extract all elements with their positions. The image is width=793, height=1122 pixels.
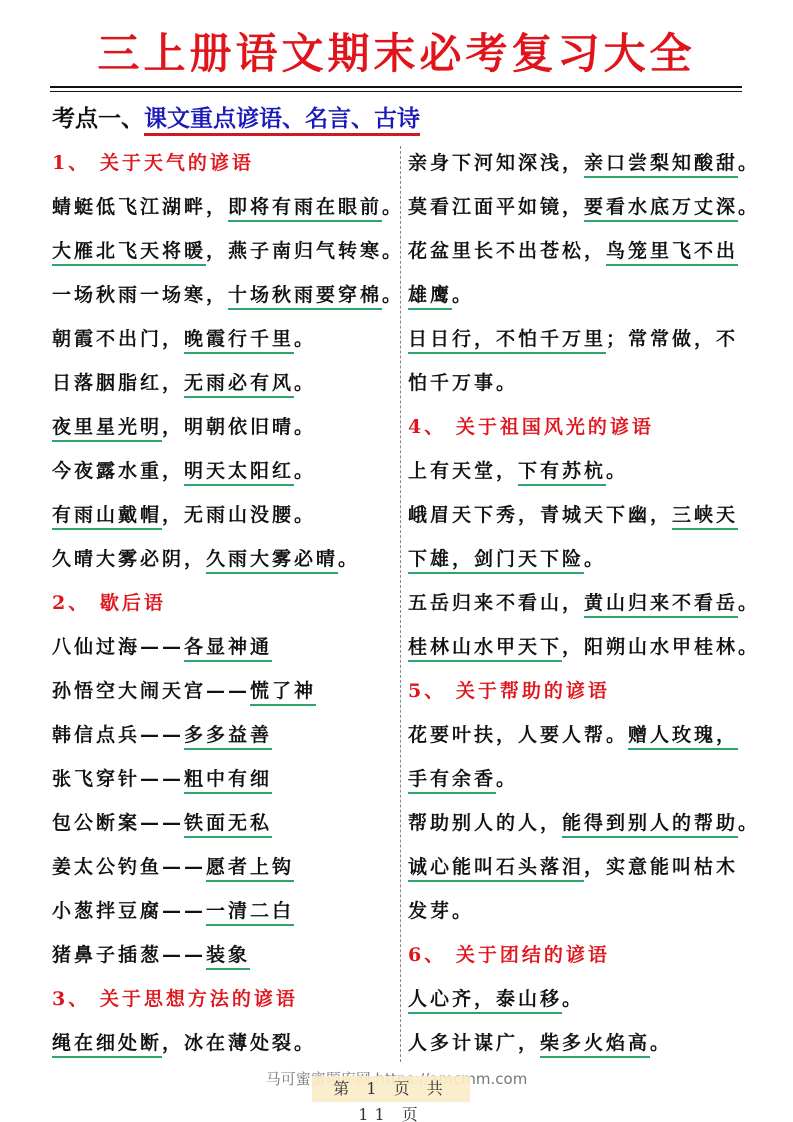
right-column: 亲身下河知深浅，亲口尝梨知酸甜。莫看江面平如镜，要看水底万丈深。花盆里长不出苍松… [408,146,753,1070]
proverb-line: 绳在细处断，冰在薄处裂。 [52,1026,397,1070]
title-divider-thin [50,91,742,92]
text-segment: ；常常做，不 [606,328,738,350]
underlined-text: 装象 [206,944,250,970]
underlined-text: 粗中有细 [184,768,272,794]
text-segment: 一场秋雨一场寒， [52,284,228,306]
proverb-line: 五岳归来不看山，黄山归来不看岳。 [408,586,753,630]
text-segment: 发芽。 [408,900,474,922]
text-segment: ，明朝依旧晴。 [162,416,316,438]
underlined-text: 夜里星光明 [52,416,162,442]
proverb-line: 峨眉天下秀，青城天下幽，三峡天 [408,498,753,542]
underlined-text: 要看水底万丈深 [584,196,738,222]
text-segment: 五岳归来不看山， [408,592,584,614]
proverb-line: 日落胭脂红，无雨必有风。 [52,366,397,410]
text-segment: 上有天堂， [408,460,518,482]
text-segment: 峨眉天下秀，青城天下幽， [408,504,672,526]
title-divider-thick [50,86,742,88]
text-segment: 。 [496,768,518,790]
proverb-line: 小葱拌豆腐——一清二白 [52,894,397,938]
proverb-line: 怕千万事。 [408,366,753,410]
text-segment: 怕千万事。 [408,372,518,394]
underlined-text: 慌了神 [250,680,316,706]
subsection-heading: 3、 关于思想方法的谚语 [52,982,397,1026]
underlined-text: 有雨山戴帽 [52,504,162,530]
text-segment: 日落胭脂红， [52,372,184,394]
proverb-line: 手有余香。 [408,762,753,806]
underlined-text: 即将有雨在眼前 [228,196,382,222]
proverb-line: 桂林山水甲天下，阳朔山水甲桂林。 [408,630,753,674]
text-segment: 姜太公钓鱼—— [52,856,206,878]
proverb-line: 雄鹰。 [408,278,753,322]
text-segment: 包公断案—— [52,812,184,834]
underlined-text: 日日行，不怕千万里 [408,328,606,354]
underlined-text: 十场秋雨要穿棉 [228,284,382,310]
underlined-text: 晚霞行千里 [184,328,294,354]
proverb-line: 一场秋雨一场寒，十场秋雨要穿棉。 [52,278,397,322]
underlined-text: 明天太阳红 [184,460,294,486]
text-segment: 。 [294,460,316,482]
proverb-line: 诚心能叫石头落泪，实意能叫枯木 [408,850,753,894]
section-label: 考点一、 [52,105,144,132]
text-segment: 3、 关于思想方法的谚语 [52,988,298,1010]
text-segment: ，阳朔山水甲桂林。 [562,636,760,658]
text-segment: 蜻蜓低飞江湖畔， [52,196,228,218]
subsection-heading: 5、 关于帮助的谚语 [408,674,753,718]
text-segment: 5、 关于帮助的谚语 [408,680,610,702]
text-segment: 小葱拌豆腐—— [52,900,206,922]
text-segment: 孙悟空大闹天宫—— [52,680,250,702]
section-topic: 课文重点谚语、名言、古诗 [144,105,420,136]
underlined-text: 桂林山水甲天下 [408,636,562,662]
text-segment: 朝霞不出门， [52,328,184,350]
text-segment: 6、 关于团结的谚语 [408,944,610,966]
underlined-text: 三峡天 [672,504,738,530]
underlined-text: 雄鹰 [408,284,452,310]
underlined-text: 亲口尝梨知酸甜 [584,152,738,178]
text-segment: 2、 歇后语 [52,592,166,614]
underlined-text: 赠人玫瑰， [628,724,738,750]
text-segment: 今夜露水重， [52,460,184,482]
text-segment: 。 [738,152,760,174]
underlined-text: 鸟笼里飞不出 [606,240,738,266]
underlined-text: 能得到别人的帮助 [562,812,738,838]
proverb-line: 上有天堂，下有苏杭。 [408,454,753,498]
underlined-text: 愿者上钩 [206,856,294,882]
proverb-line: 花要叶扶，人要人帮。赠人玫瑰， [408,718,753,762]
proverb-line: 猪鼻子插葱——装象 [52,938,397,982]
proverb-line: 有雨山戴帽，无雨山没腰。 [52,498,397,542]
text-segment: 。 [584,548,606,570]
text-segment: 。 [294,328,316,350]
text-segment: ，实意能叫枯木 [584,856,738,878]
text-segment: 。 [452,284,474,306]
proverb-line: 今夜露水重，明天太阳红。 [52,454,397,498]
subsection-heading: 1、 关于天气的谚语 [52,146,397,190]
underlined-text: 人心齐，泰山移 [408,988,562,1014]
text-segment: 亲身下河知深浅， [408,152,584,174]
proverb-line: 下雄，剑门天下险。 [408,542,753,586]
text-segment: 帮助别人的人， [408,812,562,834]
proverb-line: 蜻蜓低飞江湖畔，即将有雨在眼前。 [52,190,397,234]
underlined-text: 柴多火焰高 [540,1032,650,1058]
underlined-text: 下雄，剑门天下险 [408,548,584,574]
text-segment: 人多计谋广， [408,1032,540,1054]
underlined-text: 黄山归来不看岳 [584,592,738,618]
text-segment: 。 [338,548,360,570]
text-segment: 花盆里长不出苍松， [408,240,606,262]
underlined-text: 铁面无私 [184,812,272,838]
text-segment: 韩信点兵—— [52,724,184,746]
proverb-line: 久晴大雾必阴，久雨大雾必晴。 [52,542,397,586]
underlined-text: 久雨大雾必晴 [206,548,338,574]
text-segment: 。 [650,1032,672,1054]
proverb-line: 姜太公钓鱼——愿者上钩 [52,850,397,894]
proverb-line: 人心齐，泰山移。 [408,982,753,1026]
left-column: 1、 关于天气的谚语蜻蜓低飞江湖畔，即将有雨在眼前。大雁北飞天将暖，燕子南归气转… [52,146,397,1070]
proverb-line: 日日行，不怕千万里；常常做，不 [408,322,753,366]
document-title: 三上册语文期末必考复习大全 [0,26,793,82]
subsection-heading: 6、 关于团结的谚语 [408,938,753,982]
underlined-text: 手有余香 [408,768,496,794]
proverb-line: 亲身下河知深浅，亲口尝梨知酸甜。 [408,146,753,190]
proverb-line: 包公断案——铁面无私 [52,806,397,850]
text-segment: 八仙过海—— [52,636,184,658]
text-segment: ，燕子南归气转寒。 [206,240,404,262]
text-segment: 。 [562,988,584,1010]
underlined-text: 无雨必有风 [184,372,294,398]
proverb-line: 大雁北飞天将暖，燕子南归气转寒。 [52,234,397,278]
underlined-text: 下有苏杭 [518,460,606,486]
text-segment: 4、 关于祖国风光的谚语 [408,416,654,438]
proverb-line: 人多计谋广，柴多火焰高。 [408,1026,753,1070]
section-heading: 考点一、课文重点谚语、名言、古诗 [52,102,420,136]
text-segment: 猪鼻子插葱—— [52,944,206,966]
subsection-heading: 2、 歇后语 [52,586,397,630]
underlined-text: 一清二白 [206,900,294,926]
subsection-heading: 4、 关于祖国风光的谚语 [408,410,753,454]
proverb-line: 发芽。 [408,894,753,938]
proverb-line: 朝霞不出门，晚霞行千里。 [52,322,397,366]
proverb-line: 花盆里长不出苍松，鸟笼里飞不出 [408,234,753,278]
proverb-line: 夜里星光明，明朝依旧晴。 [52,410,397,454]
proverb-line: 孙悟空大闹天宫——慌了神 [52,674,397,718]
text-segment: 张飞穿针—— [52,768,184,790]
underlined-text: 大雁北飞天将暖 [52,240,206,266]
underlined-text: 多多益善 [184,724,272,750]
text-segment: 莫看江面平如镜， [408,196,584,218]
text-segment: 。 [738,196,760,218]
proverb-line: 八仙过海——各显神通 [52,630,397,674]
underlined-text: 诚心能叫石头落泪 [408,856,584,882]
underlined-text: 绳在细处断 [52,1032,162,1058]
text-segment: ，无雨山没腰。 [162,504,316,526]
proverb-line: 韩信点兵——多多益善 [52,718,397,762]
text-segment: 。 [294,372,316,394]
proverb-line: 莫看江面平如镜，要看水底万丈深。 [408,190,753,234]
text-segment: 。 [382,284,404,306]
proverb-line: 张飞穿针——粗中有细 [52,762,397,806]
text-segment: 。 [738,592,760,614]
text-segment: 1、 关于天气的谚语 [52,152,254,174]
text-segment: 。 [382,196,404,218]
text-segment: 。 [738,812,760,834]
page-indicator: 第 1 页 共 11 页 [312,1076,470,1102]
text-segment: ，冰在薄处裂。 [162,1032,316,1054]
text-segment: 久晴大雾必阴， [52,548,206,570]
text-segment: 花要叶扶，人要人帮。 [408,724,628,746]
text-segment: 。 [606,460,628,482]
underlined-text: 各显神通 [184,636,272,662]
proverb-line: 帮助别人的人，能得到别人的帮助。 [408,806,753,850]
